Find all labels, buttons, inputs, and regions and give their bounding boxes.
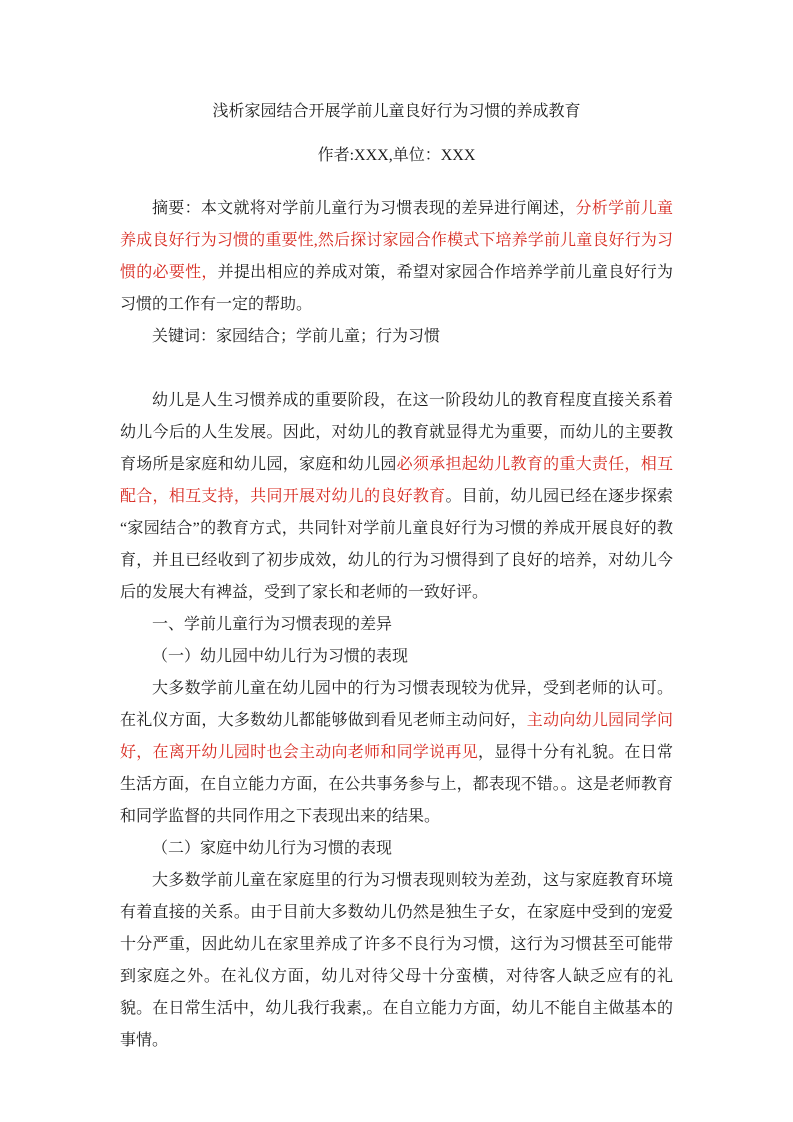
text-segment-black: 关键词：家园结合；学前儿童；行为习惯 — [152, 328, 440, 345]
subsection-heading-1-1: （一）幼儿园中幼儿行为习惯的表现 — [120, 641, 673, 673]
author-line: 作者:XXX,单位：XXX — [120, 138, 673, 174]
intro-paragraph: 幼儿是人生习惯养成的重要阶段，在这一阶段幼儿的教育程度直接关系着幼儿今后的人生发… — [120, 385, 673, 609]
text-segment-black: 大多数学前儿童在家庭里的行为习惯表现则较为差劲，这与家庭教育环境有着直接的关系。… — [120, 872, 673, 1049]
document-body: 摘要：本文就将对学前儿童行为习惯表现的差异进行阐述，分析学前儿童养成良好行为习惯… — [120, 193, 673, 1057]
family-behavior-paragraph: 大多数学前儿童在家庭里的行为习惯表现则较为差劲，这与家庭教育环境有着直接的关系。… — [120, 865, 673, 1057]
document-title: 浅析家园结合开展学前儿童良好行为习惯的养成教育 — [120, 94, 673, 130]
keywords-line: 关键词：家园结合；学前儿童；行为习惯 — [120, 321, 673, 353]
blank-line — [120, 353, 673, 385]
abstract-paragraph: 摘要：本文就将对学前儿童行为习惯表现的差异进行阐述，分析学前儿童养成良好行为习惯… — [120, 193, 673, 321]
document-page: 浅析家园结合开展学前儿童良好行为习惯的养成教育 作者:XXX,单位：XXX 摘要… — [0, 0, 793, 1122]
section-heading-1: 一、学前儿童行为习惯表现的差异 — [120, 609, 673, 641]
subsection-heading-1-2: （二）家庭中幼儿行为习惯的表现 — [120, 833, 673, 865]
kindergarten-behavior-paragraph: 大多数学前儿童在幼儿园中的行为习惯表现较为优异，受到老师的认可。在礼仪方面，大多… — [120, 673, 673, 833]
text-segment-black: 摘要：本文就将对学前儿童行为习惯表现的差异进行阐述， — [152, 200, 576, 217]
